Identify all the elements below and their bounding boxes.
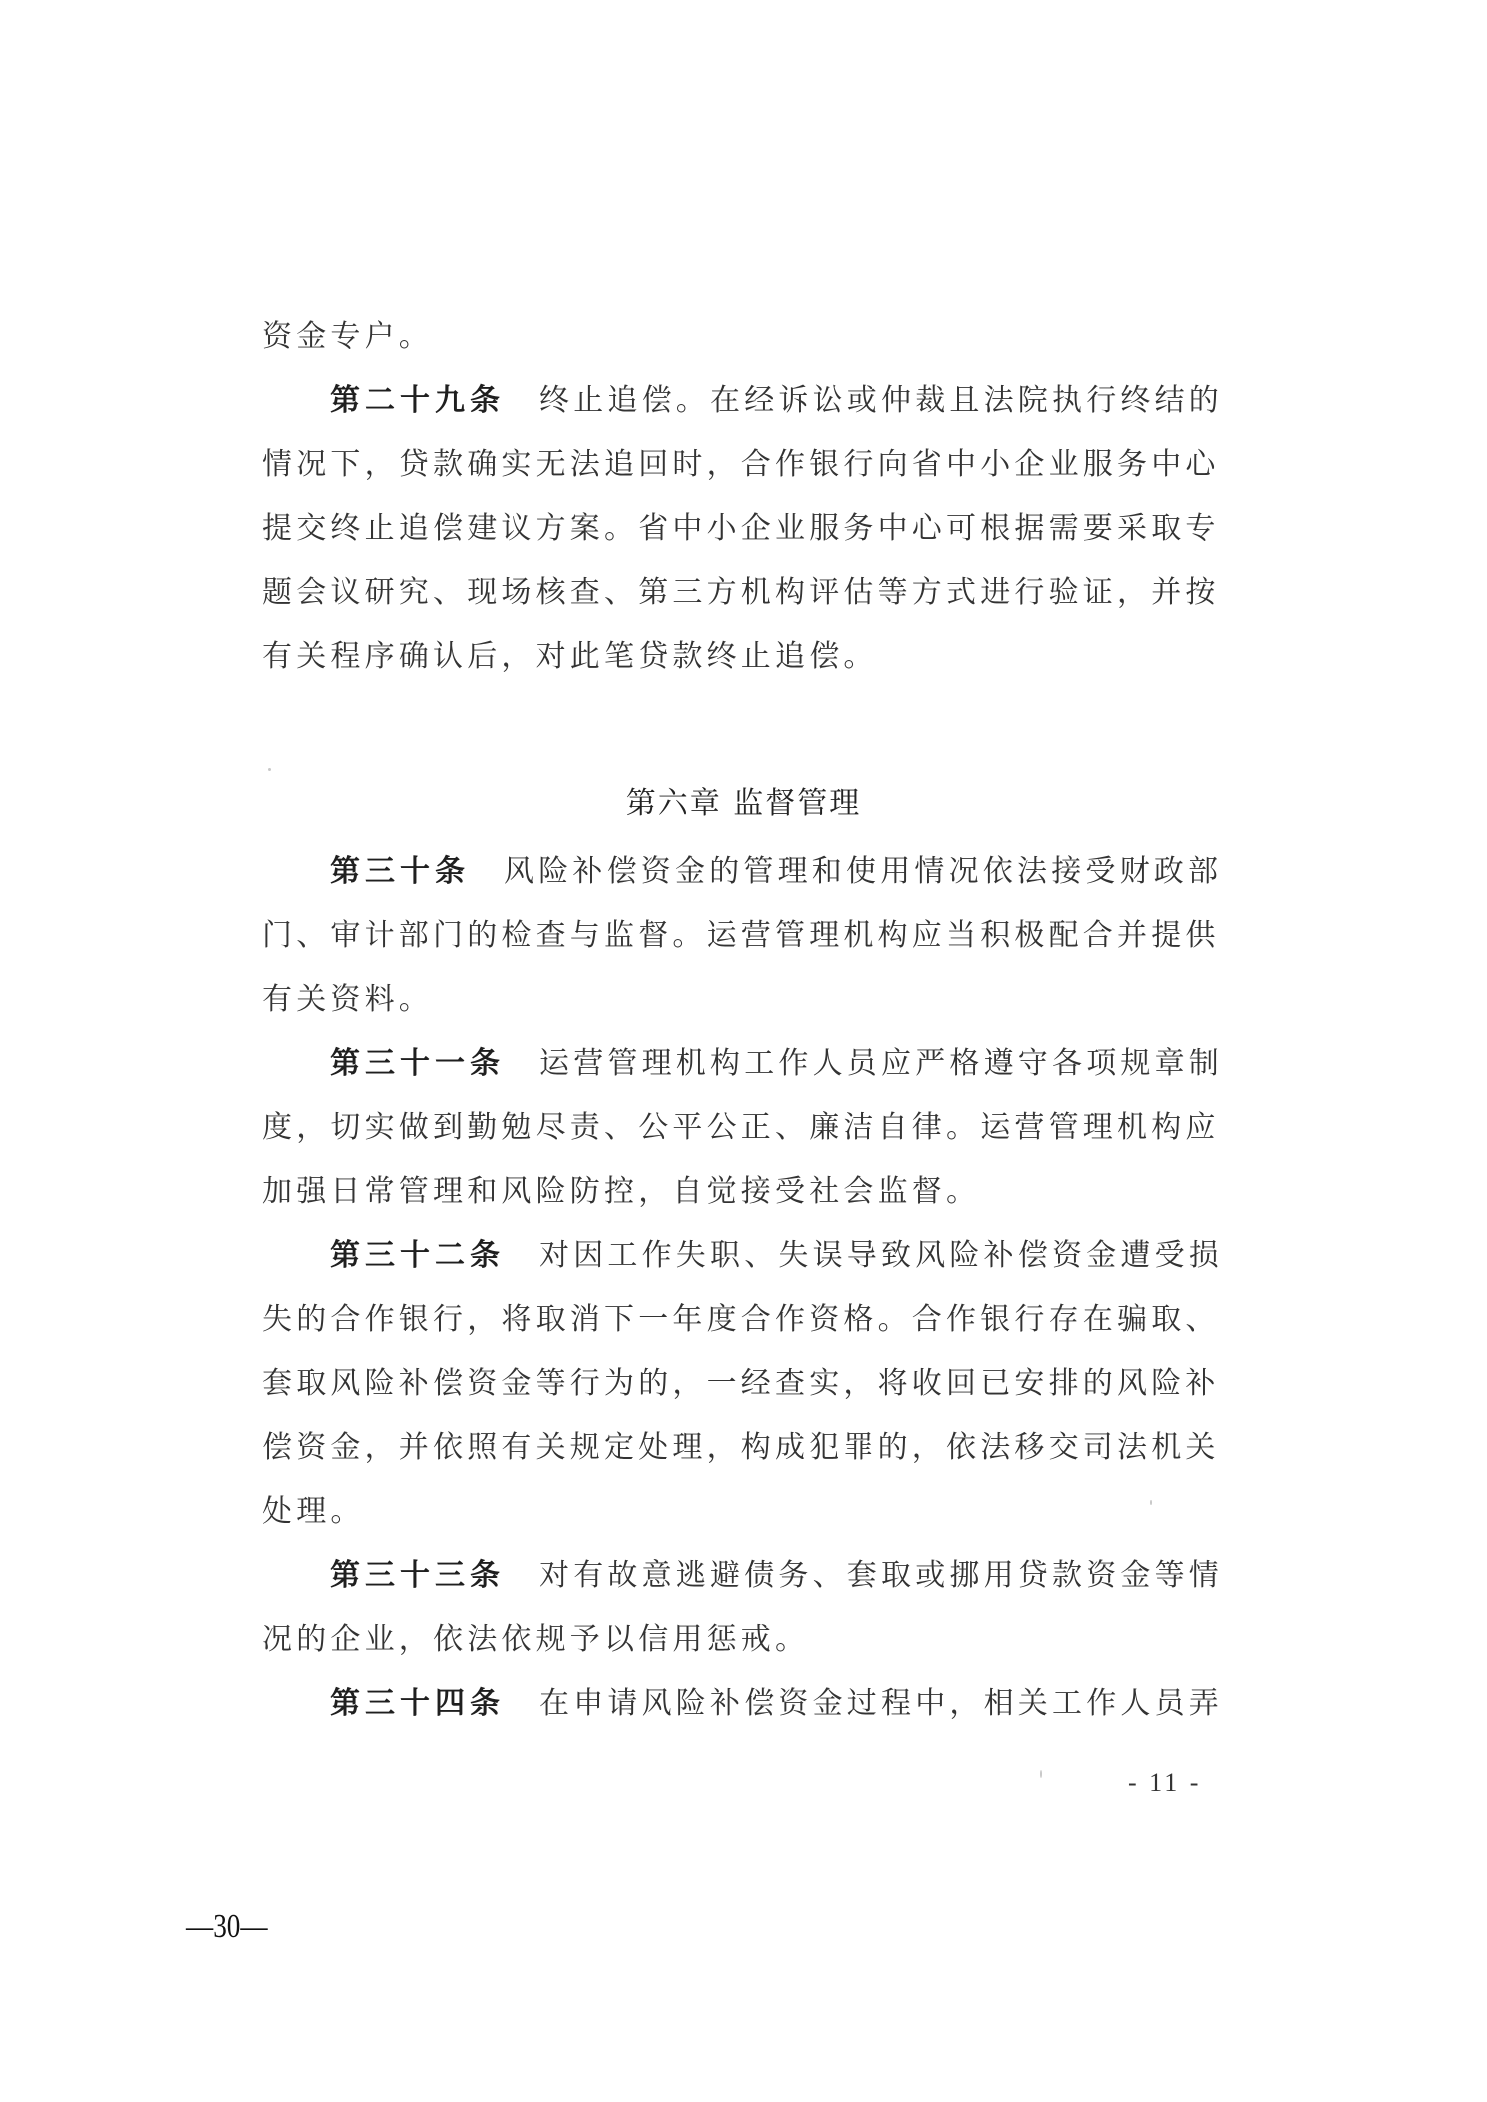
article-31-line-1: 第三十一条运营管理机构工作人员应严格遵守各项规章制 (262, 1032, 1240, 1096)
article-29-number: 第二十九条 (330, 383, 505, 418)
chapter-six-body: 第三十条风险补偿资金的管理和使用情况依法接受财政部 门、审计部门的检查与监督。运… (262, 840, 1240, 1736)
article-29-line-3: 提交终止追偿建议方案。省中小企业服务中心可根据需要采取专 (262, 497, 1240, 561)
article-29-line-1: 第二十九条终止追偿。在经诉讼或仲裁且法院执行终结的 (262, 369, 1240, 433)
article-32-line-4: 偿资金，并依照有关规定处理，构成犯罪的，依法移交司法机关 (262, 1416, 1240, 1480)
pre-chapter-text: 资金专户。 第二十九条终止追偿。在经诉讼或仲裁且法院执行终结的 情况下，贷款确实… (262, 305, 1240, 689)
article-33-line-1: 第三十三条对有故意逃避债务、套取或挪用贷款资金等情 (262, 1544, 1240, 1608)
article-30-line-2: 门、审计部门的检查与监督。运营管理机构应当积极配合并提供 (262, 904, 1240, 968)
article-32-number: 第三十二条 (330, 1238, 505, 1273)
article-30-line-3: 有关资料。 (262, 968, 1240, 1032)
article-31-number: 第三十一条 (330, 1046, 505, 1081)
article-32-line-1: 第三十二条对因工作失职、失误导致风险补偿资金遭受损 (262, 1224, 1240, 1288)
inner-page-number: - 11 - (1128, 1768, 1201, 1798)
article-33-line-2: 况的企业，依法依规予以信用惩戒。 (262, 1608, 1240, 1672)
article-33-number: 第三十三条 (330, 1558, 505, 1593)
article-31-line-2: 度，切实做到勤勉尽责、公平公正、廉洁自律。运营管理机构应 (262, 1096, 1240, 1160)
scan-speck (268, 768, 271, 771)
continuation-line: 资金专户。 (262, 305, 1240, 369)
document-page: 资金专户。 第二十九条终止追偿。在经诉讼或仲裁且法院执行终结的 情况下，贷款确实… (0, 0, 1487, 2102)
article-32-line-5: 处理。 (262, 1480, 1240, 1544)
chapter-title: 第六章 监督管理 (0, 778, 1487, 822)
article-30-line-1: 第三十条风险补偿资金的管理和使用情况依法接受财政部 (262, 840, 1240, 904)
article-30-number: 第三十条 (330, 854, 470, 889)
scan-speck (1150, 1500, 1152, 1505)
article-32-line-2: 失的合作银行，将取消下一年度合作资格。合作银行存在骗取、 (262, 1288, 1240, 1352)
article-34-number: 第三十四条 (330, 1686, 505, 1721)
scan-speck (1040, 1770, 1042, 1778)
article-31-line-3: 加强日常管理和风险防控，自觉接受社会监督。 (262, 1160, 1240, 1224)
article-29-line-5: 有关程序确认后，对此笔贷款终止追偿。 (262, 625, 1240, 689)
article-34-line-1: 第三十四条在申请风险补偿资金过程中，相关工作人员弄 (262, 1672, 1240, 1736)
article-32-line-3: 套取风险补偿资金等行为的，一经查实，将收回已安排的风险补 (262, 1352, 1240, 1416)
outer-page-number: —30— (186, 1908, 268, 1946)
article-29-line-4: 题会议研究、现场核查、第三方机构评估等方式进行验证，并按 (262, 561, 1240, 625)
article-29-line-2: 情况下，贷款确实无法追回时，合作银行向省中小企业服务中心 (262, 433, 1240, 497)
